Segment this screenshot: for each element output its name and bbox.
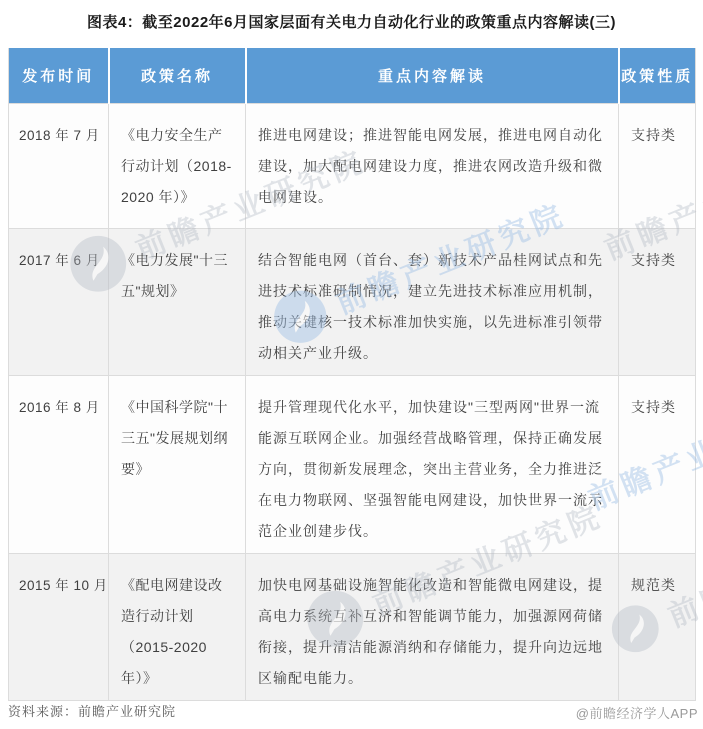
cell-policy-nature: 规范类 [619,553,696,700]
cell-policy-name: 《中国科学院"十三五"发展规划纲要》 [109,375,246,553]
table-header: 发布时间 政策名称 重点内容解读 政策性质 [9,48,696,103]
cell-policy-name: 《配电网建设改造行动计划（2015-2020 年）》 [109,553,246,700]
table-row: 2016 年 8 月 《中国科学院"十三五"发展规划纲要》 提升管理现代化水平，… [9,375,696,553]
header-row: 发布时间 政策名称 重点内容解读 政策性质 [9,48,696,103]
header-key-content: 重点内容解读 [246,48,619,103]
table-row: 2015 年 10 月 《配电网建设改造行动计划（2015-2020 年）》 加… [9,553,696,700]
cell-policy-nature: 支持类 [619,103,696,228]
source-note: 资料来源：前瞻产业研究院 [8,701,176,720]
brand-note: @前瞻经济学人APP [576,703,698,722]
cell-policy-name: 《电力安全生产行动计划（2018-2020 年）》 [109,103,246,228]
policy-table-grid: 发布时间 政策名称 重点内容解读 政策性质 2018 年 7 月 《电力安全生产… [8,48,696,701]
cell-policy-nature: 支持类 [619,228,696,375]
page-title: 图表4：截至2022年6月国家层面有关电力自动化行业的政策重点内容解读(三) [0,11,703,32]
header-policy-name: 政策名称 [109,48,246,103]
header-policy-nature: 政策性质 [619,48,696,103]
cell-key-content: 加快电网基础设施智能化改造和智能微电网建设，提高电力系统互补互济和智能调节能力，… [246,553,619,700]
policy-table: 发布时间 政策名称 重点内容解读 政策性质 2018 年 7 月 《电力安全生产… [8,48,695,701]
header-publish-date: 发布时间 [9,48,109,103]
table-body: 2018 年 7 月 《电力安全生产行动计划（2018-2020 年）》 推进电… [9,103,696,700]
cell-publish-date: 2015 年 10 月 [9,553,109,700]
cell-policy-nature: 支持类 [619,375,696,553]
cell-publish-date: 2016 年 8 月 [9,375,109,553]
cell-key-content: 结合智能电网（首台、套）新技术产品桂网试点和先进技术标准研制情况，建立先进技术标… [246,228,619,375]
cell-publish-date: 2017 年 6 月 [9,228,109,375]
cell-policy-name: 《电力发展"十三五"规划》 [109,228,246,375]
cell-key-content: 提升管理现代化水平，加快建设"三型两网"世界一流能源互联网企业。加强经营战略管理… [246,375,619,553]
cell-key-content: 推进电网建设；推进智能电网发展，推进电网自动化建设，加大配电网建设力度，推进农网… [246,103,619,228]
cell-publish-date: 2018 年 7 月 [9,103,109,228]
table-row: 2017 年 6 月 《电力发展"十三五"规划》 结合智能电网（首台、套）新技术… [9,228,696,375]
table-row: 2018 年 7 月 《电力安全生产行动计划（2018-2020 年）》 推进电… [9,103,696,228]
